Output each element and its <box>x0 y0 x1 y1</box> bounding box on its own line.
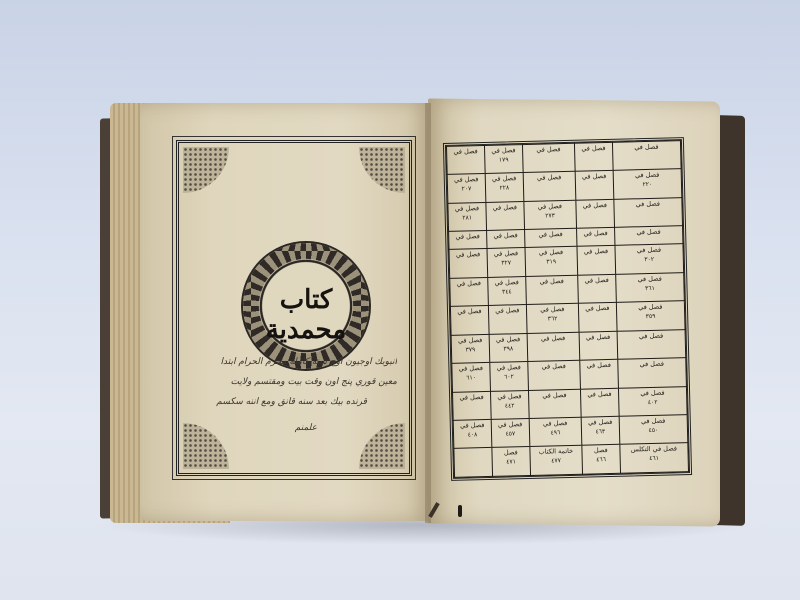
toc-cell: فصل في <box>579 331 618 360</box>
toc-heading: فصل في <box>537 174 561 183</box>
toc-cell: فصل في <box>576 228 614 247</box>
toc-heading: فصل في <box>637 246 661 255</box>
toc-heading: فصل في <box>636 228 660 237</box>
toc-page-number <box>582 399 617 400</box>
toc-heading: فصل في <box>587 389 611 398</box>
toc-page-number <box>616 238 681 240</box>
ornament-corner-icon <box>359 423 405 469</box>
toc-heading: فصل في <box>493 232 517 241</box>
handwritten-signature: علمنم <box>197 423 317 433</box>
toc-cell: فصل في <box>612 141 681 171</box>
toc-heading: فصل في <box>455 233 479 242</box>
toc-page-number <box>579 285 614 286</box>
toc-cell: فصل في <box>449 249 488 278</box>
toc-page-number: ٣٢٧ <box>489 259 524 268</box>
toc-heading: فصل في <box>457 307 481 316</box>
toc-cell: فصل في٤٦٣ <box>581 416 620 445</box>
toc-page-number: ٤٧١ <box>494 458 529 467</box>
toc-heading: فصل في <box>582 172 606 181</box>
toc-heading: فصل في <box>455 204 479 213</box>
toc-heading: فصل في <box>495 306 519 315</box>
toc-page-number: ٣٥٩ <box>618 312 683 322</box>
toc-cell: فصل في <box>578 274 617 303</box>
toc-page-number: ٤٠٢ <box>620 398 685 408</box>
toc-table: فصل فيفصل فيفصل فيفصل في١٧٩فصل فيفصل في٢… <box>446 140 689 478</box>
toc-heading: فصل في <box>491 146 515 155</box>
toc-page-number <box>578 211 613 212</box>
toc-page-number <box>450 242 485 243</box>
toc-cell: فصل في٦٠٢ <box>490 362 529 391</box>
toc-page-number: ٤٦١ <box>621 455 686 465</box>
toc-page-number: ٢٧٣ <box>525 212 574 221</box>
toc-heading: فصل في <box>634 143 658 152</box>
toc-page-number: ٤٤٢ <box>492 402 527 411</box>
toc-cell: فصل في <box>528 389 581 419</box>
toc-cell: فصل في التكلس٤٦١ <box>620 443 689 473</box>
toc-heading: فصل في <box>583 201 607 210</box>
toc-cell: فصل في٢٢٨ <box>485 173 524 202</box>
toc-heading: فصل في <box>497 392 521 401</box>
book-gutter <box>425 103 431 523</box>
toc-page-number <box>619 369 684 371</box>
toc-heading: فصل في <box>639 331 663 340</box>
toc-page-number <box>525 183 574 184</box>
toc-page-number: ٢٨١ <box>450 214 485 223</box>
toc-cell: فصل في <box>614 226 683 245</box>
table-of-contents: فصل فيفصل فيفصل فيفصل في١٧٩فصل فيفصل في٢… <box>443 137 692 481</box>
toc-cell: فصل في <box>618 358 687 388</box>
toc-cell: فصل في <box>577 245 616 274</box>
toc-cell: فصل في <box>486 202 525 231</box>
toc-heading: فصل في <box>538 231 562 240</box>
toc-cell: فصل في <box>580 388 619 417</box>
toc-cell: فصل في <box>580 359 619 388</box>
toc-cell: فصل في <box>575 171 614 200</box>
toc-page-number <box>579 257 614 258</box>
toc-heading: فصل في التكلس <box>631 445 677 454</box>
toc-cell: فصل في٣٦١ <box>615 272 684 302</box>
toc-cell: فصل في٣٦٢ <box>526 303 579 333</box>
toc-heading: فصل في <box>636 200 660 209</box>
toc-page-number <box>530 400 579 401</box>
toc-cell: فصل في٤٥٧ <box>491 418 530 447</box>
toc-heading: فصل في <box>539 277 563 286</box>
toc-page-number: ٣٠٢ <box>617 255 682 265</box>
toc-page-number: ٦٠٢ <box>491 373 526 382</box>
toc-heading: فصل في <box>496 335 520 344</box>
toc-page-number <box>529 343 578 344</box>
photo-scene: كتاب محمدية انبوبك اوجيون اوچ سنه كامله … <box>0 0 800 600</box>
toc-heading: فصل في <box>583 229 607 238</box>
toc-cell: فصل في٣٧٩ <box>451 334 490 363</box>
toc-cell: فصل في <box>488 305 527 334</box>
toc-page-number <box>524 155 573 156</box>
toc-page-number: ٢٠٧ <box>449 185 484 194</box>
toc-page-number <box>576 154 611 155</box>
toc-heading: فصل في <box>542 362 566 371</box>
toc-heading: فصل في <box>638 303 662 312</box>
toc-page-number <box>615 209 680 211</box>
toc-heading: فصل في <box>640 388 664 397</box>
toc-page-number <box>488 213 523 214</box>
toc-cell: فصل في <box>446 145 485 174</box>
toc-heading: فصل في <box>538 202 562 211</box>
toc-cell: فصل في٣٢٧ <box>487 248 526 277</box>
toc-cell: فصل في٤٠٢ <box>618 386 687 416</box>
toc-cell: فصل في <box>528 360 581 390</box>
toc-heading: فصل في <box>541 334 565 343</box>
toc-page-number <box>451 289 486 290</box>
toc-cell: فصل في <box>486 230 524 249</box>
toc-page-number: ١٧٩ <box>486 156 521 165</box>
toc-heading: فصل في <box>456 250 480 259</box>
toc-page-number <box>452 317 487 318</box>
toc-heading: فصل في <box>635 171 659 180</box>
toc-cell: فصل في٣٥٩ <box>616 301 685 331</box>
toc-heading: فصل في <box>460 421 484 430</box>
toc-cell: فصل في١٧٩ <box>484 145 523 174</box>
toc-heading: فصل في <box>453 147 477 156</box>
toc-page-number <box>614 152 679 154</box>
toc-heading: فصل في <box>536 145 560 154</box>
toc-heading: فصل في <box>587 361 611 370</box>
toc-cell: فصل في٤٥٠ <box>619 415 688 445</box>
toc-page-number: ٤٧٧ <box>531 457 580 466</box>
toc-heading: فصل في <box>581 144 605 153</box>
toc-cell: فصل في٣٠٢ <box>615 244 684 274</box>
toc-cell: فصل في <box>614 198 683 228</box>
toc-cell: فصل في <box>449 231 487 250</box>
toc-heading: فصل في <box>459 364 483 373</box>
ornament-corner-icon <box>183 147 229 193</box>
toc-page-number: ٣٦٢ <box>528 315 577 324</box>
toc-cell: فصل في٢٠٧ <box>447 174 486 203</box>
toc-heading: فصل في <box>585 304 609 313</box>
toc-cell: فصل في <box>527 332 580 362</box>
toc-cell: فصل في٢٨١ <box>448 202 487 231</box>
toc-page-number <box>581 371 616 372</box>
handwritten-line: انبوبك اوجيون اوچ سنه كامله محرم الحرام … <box>197 357 397 367</box>
toc-cell: فصل في <box>617 329 686 359</box>
toc-page-number <box>577 182 612 183</box>
toc-cell: خاتمة الكتاب٤٧٧ <box>530 446 583 476</box>
toc-heading: فصل في <box>493 203 517 212</box>
book-title: كتاب محمدية <box>251 285 361 345</box>
toc-page-number <box>488 242 523 243</box>
toc-cell: فصل في <box>576 199 615 228</box>
toc-page-number: ٤٦٣ <box>583 428 618 437</box>
toc-cell: فصل في٣١٩ <box>525 246 578 276</box>
toc-heading: فصل في <box>584 276 608 285</box>
title-page-frame: كتاب محمدية انبوبك اوجيون اوچ سنه كامله … <box>176 140 412 476</box>
toc-cell: فصل في٦١٠ <box>452 362 491 391</box>
toc-page-number: ٤٥٧ <box>493 430 528 439</box>
toc-heading: فصل في <box>494 249 518 258</box>
toc-page-number: ٣١٩ <box>527 258 576 267</box>
toc-heading: فصل في <box>540 305 564 314</box>
title-medallion: كتاب محمدية <box>243 243 369 369</box>
toc-page-number: ٢٢٠ <box>615 181 680 191</box>
toc-cell: فصل في <box>574 142 613 171</box>
toc-cell: فصل في <box>578 302 617 331</box>
toc-page-number <box>451 260 486 261</box>
toc-heading: فصل في <box>586 332 610 341</box>
table-row: فصل في التكلس٤٦١فصل٤٦٦خاتمة الكتاب٤٧٧فصل… <box>454 443 689 477</box>
toc-heading: فصل في <box>459 393 483 402</box>
toc-cell: فصل٤٧١ <box>492 447 531 476</box>
toc-page-number <box>580 314 615 315</box>
toc-heading: فصل في <box>539 248 563 257</box>
toc-cell: فصل في <box>522 143 575 173</box>
toc-page-number: ٦١٠ <box>454 374 489 383</box>
toc-cell: فصل في <box>525 275 578 305</box>
toc-cell: فصل في٣٩٨ <box>489 333 528 362</box>
ornament-corner-icon <box>359 147 405 193</box>
toc-page-number: ٣٧٩ <box>453 345 488 354</box>
toc-heading: فصل <box>594 447 608 455</box>
toc-heading: خاتمة الكتاب <box>538 447 573 456</box>
toc-heading: فصل في <box>494 278 518 287</box>
toc-page-number <box>455 451 490 452</box>
toc-page-number: ٣٩٨ <box>491 345 526 354</box>
toc-page-number <box>527 286 576 287</box>
toc-cell: فصل في٣٤٤ <box>488 276 527 305</box>
toc-heading: فصل في <box>498 420 522 429</box>
toc-page-number: ٣٤٤ <box>489 288 524 297</box>
toc-page-number: ٢٢٨ <box>487 185 522 194</box>
toc-heading: فصل في <box>542 391 566 400</box>
handwritten-line: قرنده بيك بعد سنه قانق ومع اننه سكسم <box>197 397 367 407</box>
toc-heading: فصل في <box>454 176 478 185</box>
toc-page-number: ٤٠٨ <box>455 431 490 440</box>
toc-cell: فصل في٢٢٠ <box>613 169 682 199</box>
toc-page-number <box>529 372 578 373</box>
toc-heading: فصل في <box>497 363 521 372</box>
toc-page-number <box>454 402 489 403</box>
toc-cell: فصل في <box>452 391 491 420</box>
toc-page-number: ٤٦٦ <box>584 456 619 465</box>
toc-cell: فصل في٢٧٣ <box>524 200 577 230</box>
toc-page-number <box>578 239 613 240</box>
toc-page-number: ٤٥٠ <box>621 426 686 436</box>
toc-page-number <box>619 341 684 343</box>
toc-page-number <box>490 316 525 317</box>
toc-cell <box>454 448 493 477</box>
toc-page-number <box>448 157 483 158</box>
toc-cell: فصل في٤٩٦ <box>529 417 582 447</box>
toc-heading: فصل في <box>458 336 482 345</box>
toc-page-number: ٤٩٦ <box>531 429 580 438</box>
toc-heading: فصل في <box>457 279 481 288</box>
toc-cell: فصل في <box>450 277 489 306</box>
toc-heading: فصل في <box>584 247 608 256</box>
toc-cell: فصل في٤٠٨ <box>453 419 492 448</box>
toc-heading: فصل في <box>588 418 612 427</box>
toc-heading: فصل في <box>492 175 516 184</box>
toc-cell: فصل في <box>450 305 489 334</box>
toc-heading: فصل في <box>640 360 664 369</box>
toc-cell: فصل في٤٤٢ <box>490 390 529 419</box>
toc-page-number <box>526 240 575 241</box>
toc-cell: فصل٤٦٦ <box>582 445 621 474</box>
toc-heading: فصل في <box>637 274 661 283</box>
ink-mark <box>458 505 462 517</box>
toc-cell: فصل في <box>523 172 576 202</box>
toc-heading: فصل <box>504 449 518 457</box>
toc-cell: فصل في <box>524 229 577 248</box>
toc-heading: فصل في <box>641 417 665 426</box>
toc-heading: فصل في <box>543 419 567 428</box>
toc-page-number: ٣٦١ <box>617 284 682 294</box>
handwritten-line: معين قوري پنج اون وقت بيت ومقتسم ولايت <box>197 377 397 387</box>
toc-page-number <box>581 342 616 343</box>
